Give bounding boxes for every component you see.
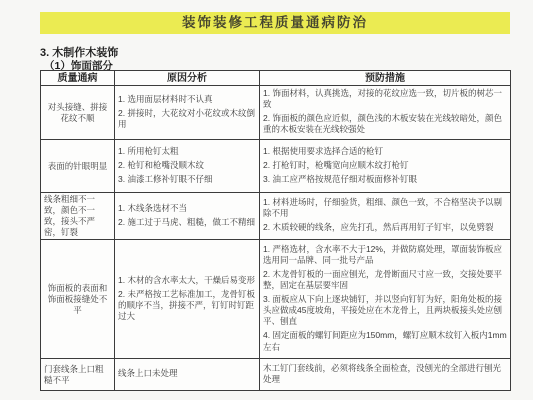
list-item-text: 2. 木质较硬的线条，应先打孔，然后再用钉子钉牢，以免劈裂 <box>263 222 507 233</box>
table-row: 线条粗细不一致，颜色不一致，接头不严密，钉裂 1. 木线条选材不当2. 施工过于… <box>41 193 511 240</box>
cause-cell: 1. 木材的含水率太大，干燥后易变形2. 未严格按工艺标准加工，龙骨钉板的顺序不… <box>115 240 260 359</box>
list-item-text: 2. 打枪钉时，枪嘴宽向应顺木纹打枪钉 <box>263 160 507 171</box>
measures-cell: 1. 根据使用要求选择合适的枪钉2. 打枪钉时，枪嘴宽向应顺木纹打枪钉3. 油工… <box>260 140 511 193</box>
list-item-text: 2. 枪钉和枪嘴没顺木纹 <box>118 160 256 171</box>
list-item-text: 线条上口未处理 <box>118 368 256 379</box>
table-row: 表面的针眼明显 1. 所用枪钉太粗2. 枪钉和枪嘴没顺木纹3. 油漆工修补钉眼不… <box>41 140 511 193</box>
list-item-text: 1. 饰面材料，认真挑选，对接的花纹应选一致，切片板的树芯一致 <box>263 88 507 110</box>
column-header-cause: 原因分析 <box>115 71 260 86</box>
cause-cell: 1. 所用枪钉太粗2. 枪钉和枪嘴没顺木纹3. 油漆工修补钉眼不仔细 <box>115 140 260 193</box>
list-item-text: 4. 固定面板的螺钉间距应为150mm，螺钉应顺木纹钉入板内1mm左右 <box>263 330 507 352</box>
problem-cell: 对头接缝、拼接花纹不顺 <box>41 86 115 140</box>
problem-cell: 线条粗细不一致，颜色不一致，接头不严密，钉裂 <box>41 193 115 240</box>
list-item-text: 1. 木材的含水率太大，干燥后易变形 <box>118 275 256 286</box>
problem-cell: 饰面板的表面和饰面板接缝处不平 <box>41 240 115 359</box>
quality-defects-table: 质量通病 原因分析 预防措施 对头接缝、拼接花纹不顺 1. 选用面层材料时不认真… <box>40 70 511 391</box>
column-header-problem: 质量通病 <box>41 71 115 86</box>
table-row: 对头接缝、拼接花纹不顺 1. 选用面层材料时不认真2. 拼接时，大花纹对小花纹或… <box>41 86 511 140</box>
list-item-text: 1. 木线条选材不当 <box>118 203 256 214</box>
problem-cell: 表面的针眼明显 <box>41 140 115 193</box>
list-item-text: 2. 拼接时，大花纹对小花纹或木纹倒用 <box>118 108 256 130</box>
list-item-text: 1. 所用枪钉太粗 <box>118 146 256 157</box>
list-item-text: 2. 木龙骨钉板的一面应刨光，龙骨断面尺寸应一致，交接处要平整，固定在基层要牢固 <box>263 269 507 291</box>
list-item-text: 1. 选用面层材料时不认真 <box>118 94 256 105</box>
list-item-text: 2. 饰面板的颜色应近似，颜色浅的木板安装在光线较暗处，颜色重的木板安装在光线较… <box>263 113 507 135</box>
measures-cell: 木工钉门套线前，必须将线条全面检查，没刨光的全部进行刨光处理 <box>260 359 511 391</box>
list-item-text: 2. 未严格按工艺标准加工，龙骨钉板的顺序不当，拼接不严，钉钉时钉距过大 <box>118 289 256 322</box>
table-row: 门套线条上口粗糙不平 线条上口未处理 木工钉门套线前，必须将线条全面检查，没刨光… <box>41 359 511 391</box>
list-item-text: 1. 严格选材，含水率不大于12%，并做防腐处理，罩面装饰板应选用同一品牌、同一… <box>263 244 507 266</box>
measures-cell: 1. 饰面材料，认真挑选，对接的花纹应选一致，切片板的树芯一致2. 饰面板的颜色… <box>260 86 511 140</box>
column-header-measures: 预防措施 <box>260 71 511 86</box>
list-item-text: 木工钉门套线前，必须将线条全面检查，没刨光的全部进行刨光处理 <box>263 363 507 385</box>
cause-cell: 1. 木线条选材不当2. 施工过于马虎、粗糙，做工不精细 <box>115 193 260 240</box>
list-item-text: 3. 油漆工修补钉眼不仔细 <box>118 174 256 185</box>
table-header-row: 质量通病 原因分析 预防措施 <box>41 71 511 86</box>
list-item-text: 1. 材料进场时，仔细验货，粗细、颜色一致，不合格坚决予以剔除不用 <box>263 197 507 219</box>
list-item-text: 3. 油工应严格按规范仔细对板面修补钉眼 <box>263 174 507 185</box>
cause-cell: 1. 选用面层材料时不认真2. 拼接时，大花纹对小花纹或木纹倒用 <box>115 86 260 140</box>
measures-cell: 1. 严格选材，含水率不大于12%，并做防腐处理，罩面装饰板应选用同一品牌、同一… <box>260 240 511 359</box>
measures-cell: 1. 材料进场时，仔细验货，粗细、颜色一致，不合格坚决予以剔除不用2. 木质较硬… <box>260 193 511 240</box>
list-item-text: 3. 面板应从下向上逐块铺钉，并以竖向钉钉为好，阳角处板的接头应做成45度坡角，… <box>263 294 507 327</box>
document-title-banner: 装饰装修工程质量通病防治 <box>40 12 510 34</box>
list-item-text: 2. 施工过于马虎、粗糙，做工不精细 <box>118 217 256 228</box>
table-row: 饰面板的表面和饰面板接缝处不平 1. 木材的含水率太大，干燥后易变形2. 未严格… <box>41 240 511 359</box>
cause-cell: 线条上口未处理 <box>115 359 260 391</box>
list-item-text: 1. 根据使用要求选择合适的枪钉 <box>263 146 507 157</box>
document-page: 装饰装修工程质量通病防治 3. 木制作木装饰 （1）饰面部分 质量通病 原因分析… <box>0 0 533 400</box>
problem-cell: 门套线条上口粗糙不平 <box>41 359 115 391</box>
